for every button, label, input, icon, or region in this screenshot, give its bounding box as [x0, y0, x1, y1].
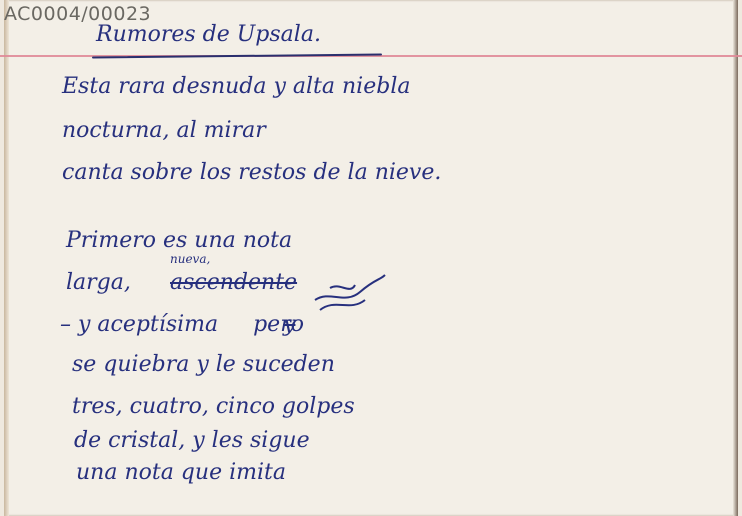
struck-word-y: y	[283, 312, 295, 337]
stanza2-line6: de cristal, y les sigue	[74, 428, 310, 453]
stanza2-line3: – y aceptísima pero	[60, 312, 304, 337]
stanza1-line1: Esta rara desnuda y alta niebla	[62, 74, 410, 99]
struck-word-ascendente: ascendente	[170, 270, 297, 295]
stanza2-line5: tres, cuatro, cinco golpes	[72, 394, 355, 419]
stanza2-line7: una nota que imita	[76, 460, 286, 485]
stanza2-line4: se quiebra y le suceden	[72, 352, 335, 377]
card-left-edge	[4, 0, 9, 516]
insertion-annotation: nueva,	[170, 252, 210, 266]
stanza2-line1: Primero es una nota	[66, 228, 292, 253]
card-right-edge	[733, 0, 738, 516]
poem-title: Rumores de Upsala.	[96, 22, 321, 47]
stanza1-line2: nocturna, al mirar	[62, 118, 266, 143]
stanza1-line3: canta sobre los restos de la nieve.	[62, 160, 441, 185]
scribble-mark	[310, 270, 390, 320]
